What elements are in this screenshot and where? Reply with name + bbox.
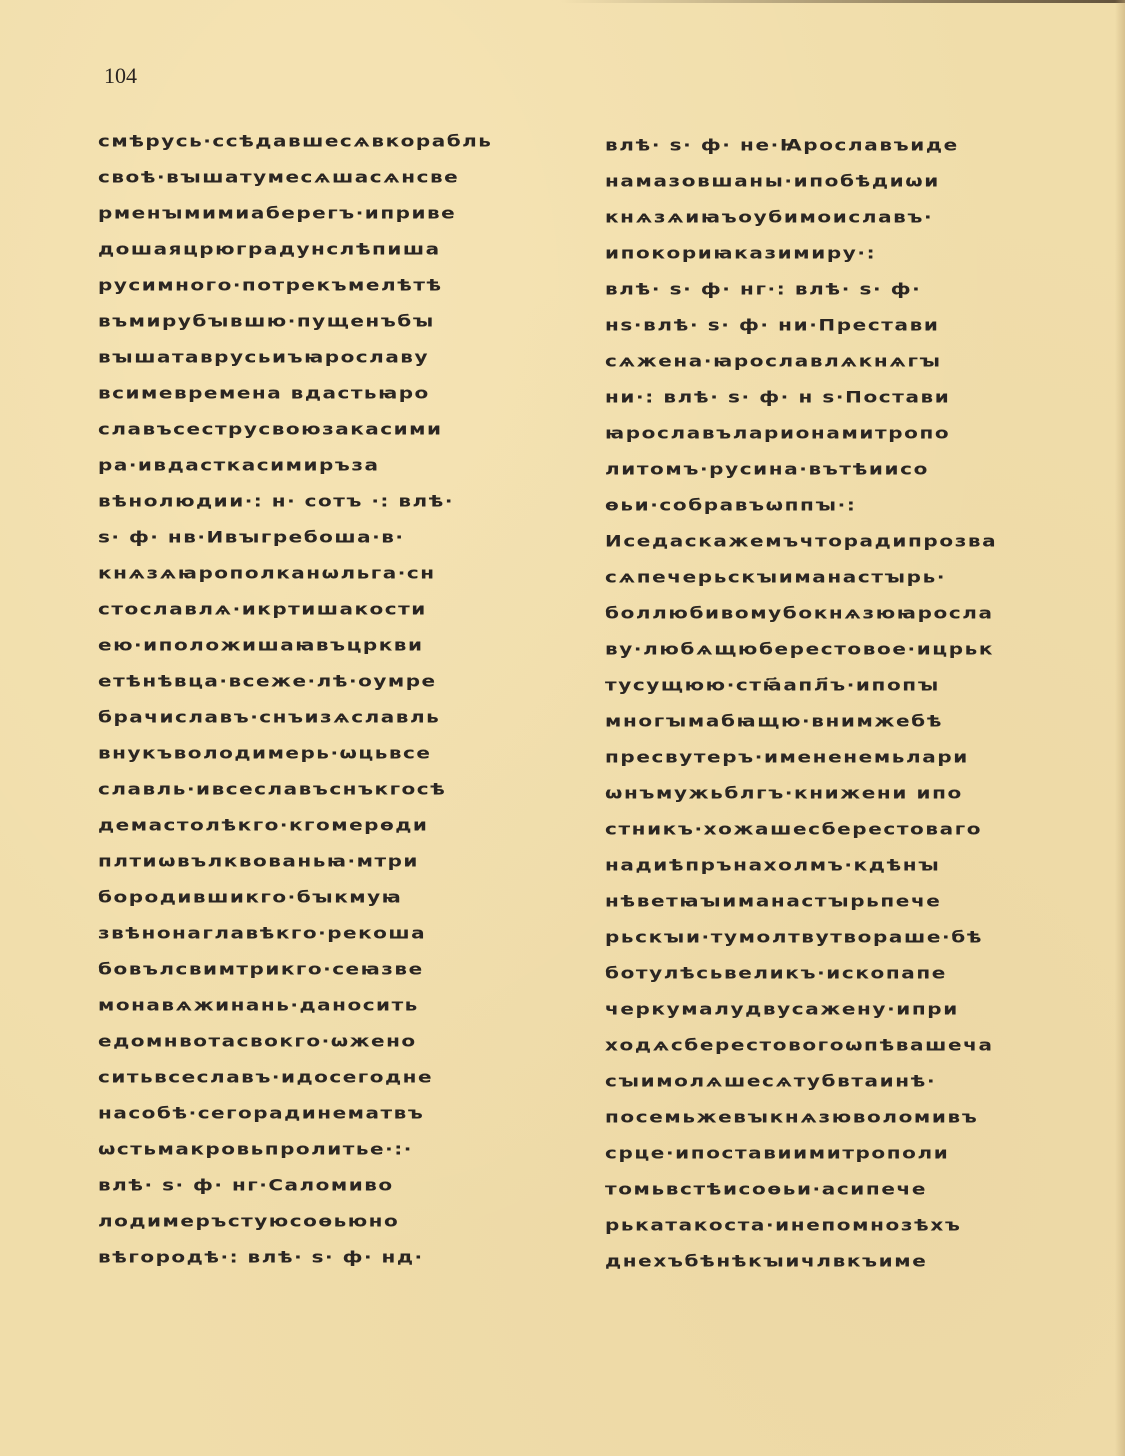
text-line: ипокориꙗказимиру·: — [605, 238, 1095, 268]
text-line: днехъбѣнѣкꙑичлвкъиме — [605, 1246, 1095, 1276]
text-line: посемьжевꙑкнѧзюволомивъ — [605, 1102, 1095, 1132]
text-line: звѣнонаглавѣкго·рекоша — [98, 918, 578, 948]
text-line: надиѣпрънахолмъ·кдѣнꙑ — [605, 850, 1095, 880]
text-line: ѡстьмакровьпролитье·:· — [98, 1134, 578, 1164]
text-line: ѕ· ф· нв·Ивꙑгребоша·в· — [98, 522, 578, 552]
text-line: ситьвсеславъ·идосегодне — [98, 1062, 578, 1092]
text-line: нѣветꙗꙑиманастꙑрьпече — [605, 886, 1095, 916]
text-line: ра·ивдасткасимиръза — [98, 450, 578, 480]
text-line: етѣнѣвца·всеже·лѣ·оумре — [98, 666, 578, 696]
text-line: бородившикго·бꙑкмуꙗ — [98, 882, 578, 912]
text-line: ходѧсберестовогоѡпѣвашеча — [605, 1030, 1095, 1060]
text-line: вѣгородѣ·: влѣ· ѕ· ф· нд· — [98, 1242, 578, 1272]
text-line: стославлѧ·икртишакости — [98, 594, 578, 624]
text-line: литомъ·русина·вътѣиисо — [605, 454, 1095, 484]
text-line: кнѧзѧиꙗъоубимоиславъ· — [605, 202, 1095, 232]
text-line: въмирубꙑвшю·пущенъбꙑ — [98, 306, 578, 336]
text-line: кнѧзѧꙗрополканѡльга·сн — [98, 558, 578, 588]
right-text-column: влѣ· ѕ· ф· не·Ꙗрославъиде намазовшаны·ип… — [605, 127, 1095, 1279]
left-text-column: смѣрусь·ссѣдавшесѧвкорабль своѣ·вꙑшатуме… — [98, 123, 578, 1275]
text-line: брачиславъ·снъизѧславль — [98, 702, 578, 732]
text-line: вѣнолюдии·: н· сотъ ·: влѣ· — [98, 486, 578, 516]
text-line: ни·: влѣ· ѕ· ф· н ѕ·Постави — [605, 382, 1095, 412]
text-line: ѡнъмужьблгъ·книжени ипо — [605, 778, 1095, 808]
text-line: боллюбивомубокнѧзюꙗросла — [605, 598, 1095, 628]
page-number: 104 — [104, 63, 137, 89]
text-line: ꙗрославъларионамитропо — [605, 418, 1095, 448]
text-line: ву·любѧщюберестовое·ицрьк — [605, 634, 1095, 664]
text-line: едомнвотасвокго·ѡжено — [98, 1026, 578, 1056]
text-line: лодимеръстуюсоѳьюно — [98, 1206, 578, 1236]
text-line: Иседаскажемъчторадипрозва — [605, 526, 1095, 556]
text-line: рменꙑмимиаберегъ·иприве — [98, 198, 578, 228]
text-line: влѣ· ѕ· ф· нг·Саломиво — [98, 1170, 578, 1200]
text-line: стникъ·хожашесберестоваго — [605, 814, 1095, 844]
text-line: всимевремена вдастьꙗро — [98, 378, 578, 408]
text-line: томьвстѣисоѳьи·асипече — [605, 1174, 1095, 1204]
text-line: ею·иположишаꙗвъцркви — [98, 630, 578, 660]
text-line: рьскꙑи·тумолтвутвораше·бѣ — [605, 922, 1095, 952]
page-top-edge — [560, 0, 1125, 3]
text-line: демастолѣкго·кгомерѳди — [98, 810, 578, 840]
text-line: сꙑимолѧшесѧтубвтаинѣ· — [605, 1066, 1095, 1096]
text-line: сѧпечерьскꙑиманастꙑрь· — [605, 562, 1095, 592]
text-line: пресвутеръ·имененемьлари — [605, 742, 1095, 772]
text-line: своѣ·вꙑшатумесѧшасѧнсве — [98, 162, 578, 192]
text-line: славъсеструсвоюзакасими — [98, 414, 578, 444]
text-line: монавѧжинань·даносить — [98, 990, 578, 1020]
text-line: влѣ· ѕ· ф· нг·: влѣ· ѕ· ф· — [605, 274, 1095, 304]
text-line: многꙑмабꙗщю·внимжебѣ — [605, 706, 1095, 736]
text-line: тусущюю·стꙗ҃апл҃ъ·ипопꙑ — [605, 670, 1095, 700]
text-line: нѕ·влѣ· ѕ· ф· ни·Престави — [605, 310, 1095, 340]
text-line: сѧжена·ꙗрославлѧкнѧгꙑ — [605, 346, 1095, 376]
text-line: вꙑшатаврусьиъꙗрославу — [98, 342, 578, 372]
text-line: плтиѡвълквованьꙗ·мтри — [98, 846, 578, 876]
text-line: дошаяцрюградунслѣпиша — [98, 234, 578, 264]
text-line: внукъволодимерь·ѡцьвсе — [98, 738, 578, 768]
text-line: славль·ивсеславъснъкгосѣ — [98, 774, 578, 804]
text-line: срце·ипоставиимитрополи — [605, 1138, 1095, 1168]
text-line: черкумалудвусажену·ипри — [605, 994, 1095, 1024]
text-line: ѳьи·собравъѡппꙑ·: — [605, 490, 1095, 520]
text-line: намазовшаны·ипобѣдиѡи — [605, 166, 1095, 196]
text-line: рькатакоста·инепомнозѣхъ — [605, 1210, 1095, 1240]
text-line: ботулѣсьвеликъ·ископапе — [605, 958, 1095, 988]
text-line: русимного·потрекъмелѣтѣ — [98, 270, 578, 300]
page-right-edge — [1115, 0, 1125, 1456]
text-line: смѣрусь·ссѣдавшесѧвкорабль — [98, 126, 578, 156]
text-line: насобѣ·сегорадинематвъ — [98, 1098, 578, 1128]
text-line: влѣ· ѕ· ф· не·Ꙗрославъиде — [605, 130, 1095, 160]
text-line: бовълсвимтрикго·сеꙗзве — [98, 954, 578, 984]
